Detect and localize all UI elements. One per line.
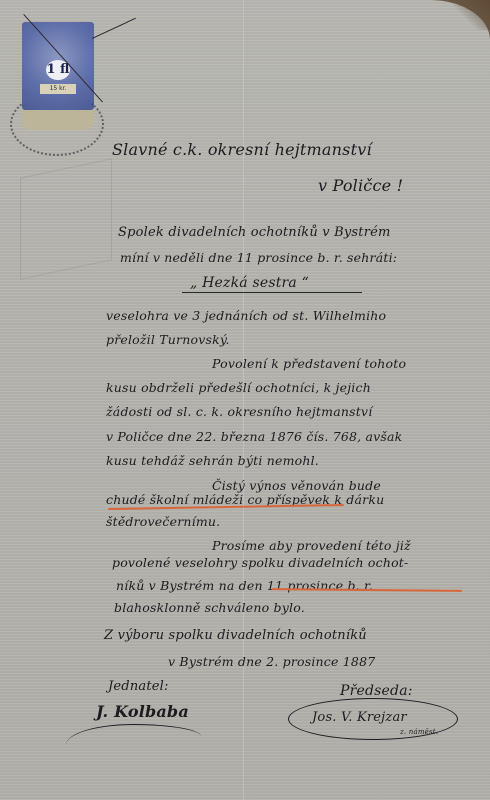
- body-line: přeložil Turnovský.: [106, 332, 230, 347]
- body-line: Čistý výnos věnován bude: [212, 478, 381, 493]
- signature-flourish: [66, 724, 201, 749]
- page-corner-shadow: [440, 0, 490, 30]
- address-line-1: Slavné c.k. okresní hejtmanství: [112, 140, 372, 159]
- body-line: kusu tehdáž sehrán býti nemohl.: [106, 453, 319, 468]
- body-line: Povolení k představení tohoto: [212, 356, 406, 371]
- body-line: kusu obdrželi předešlí ochotníci, k jeji…: [106, 380, 371, 395]
- signature-left: J. Kolbaba: [96, 702, 189, 721]
- letter-page: 1 fl 15 kr. Slavné c.k. okresní hejtmans…: [0, 0, 490, 800]
- body-line: v Poličce dne 22. března 1876 čís. 768, …: [106, 429, 402, 444]
- body-line: žádosti od sl. c. k. okresního hejtmanst…: [106, 404, 372, 419]
- body-line: veselohra ve 3 jednáních od st. Wilhelmi…: [106, 308, 386, 323]
- signature-right: Jos. V. Krejzar: [312, 710, 407, 725]
- body-line: Spolek divadelních ochotníků v Bystrém: [118, 225, 391, 240]
- body-line: štědrovečernímu.: [106, 514, 220, 529]
- faded-stamp-impression: [20, 158, 112, 280]
- body-line: povolené veselohry spolku divadelních oc…: [112, 555, 408, 570]
- postmark-icon: [10, 92, 104, 156]
- body-line: míní v neděli dne 11 prosince b. r. sehr…: [120, 250, 397, 265]
- address-line-2: v Poličce !: [318, 176, 403, 195]
- body-line: níků v Bystrém na den 11 prosince b. r.: [116, 578, 373, 593]
- signature-title-right: Předseda:: [340, 683, 413, 699]
- body-line: Prosíme aby provedení této již: [212, 538, 411, 553]
- signature-title-left: Jednatel:: [108, 679, 169, 694]
- paper-fold-line: [243, 0, 244, 800]
- body-line: blahosklonně schváleno bylo.: [114, 600, 305, 615]
- play-title: „ Hezká sestra “: [190, 275, 309, 291]
- date-line: v Bystrém dne 2. prosince 1887: [168, 654, 375, 669]
- closing-line: Z výboru spolku divadelních ochotníků: [104, 628, 367, 643]
- signature-note: z. náměst.: [400, 728, 438, 736]
- stamp-cancel-stroke: [92, 18, 136, 39]
- title-underline: [182, 292, 362, 293]
